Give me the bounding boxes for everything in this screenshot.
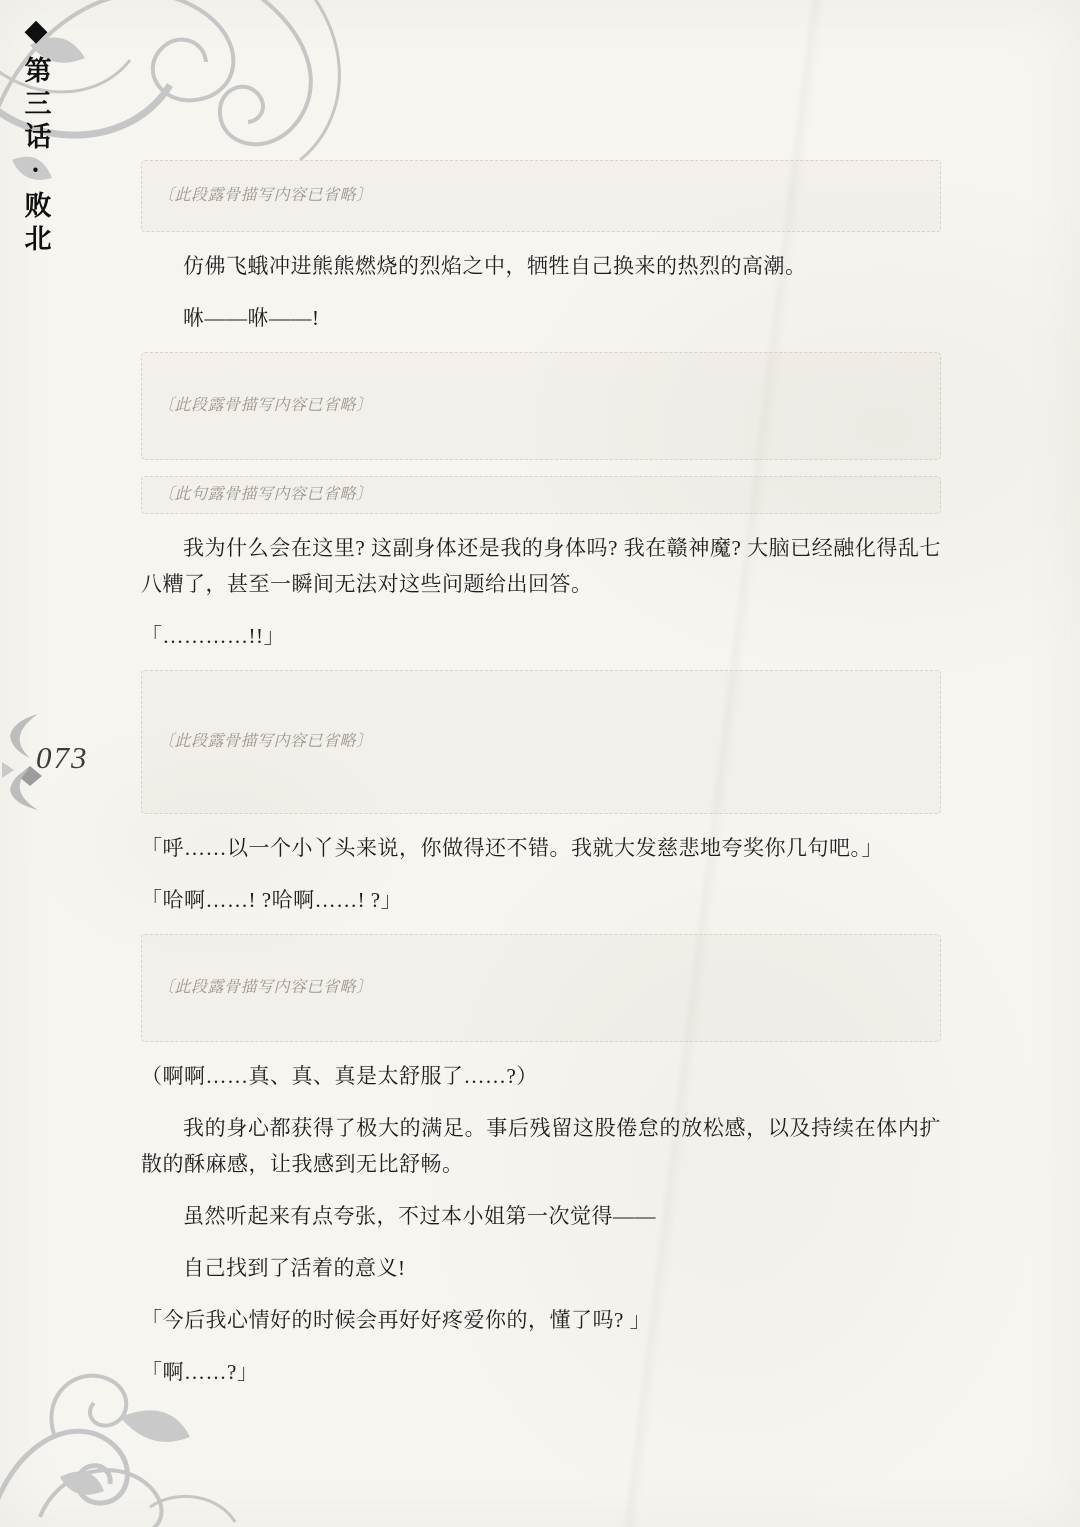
paragraph: 自己找到了活着的意义!	[141, 1250, 941, 1286]
paragraph: 「今后我心情好的时候会再好好疼爱你的，懂了吗? 」	[141, 1302, 941, 1338]
paragraph-redacted: 〔此段露骨描写内容已省略〕	[141, 160, 941, 232]
paragraph-redacted: 〔此段露骨描写内容已省略〕	[141, 352, 941, 460]
paragraph: （啊啊……真、真、真是太舒服了……?）	[141, 1058, 941, 1094]
paragraph: 我的身心都获得了极大的满足。事后残留这股倦怠的放松感，以及持续在体内扩散的酥麻感…	[141, 1110, 941, 1182]
paragraph-redacted: 〔此段露骨描写内容已省略〕	[141, 934, 941, 1042]
paragraph: 仿佛飞蛾冲进熊熊燃烧的烈焰之中，牺牲自己换来的热烈的高潮。	[141, 248, 941, 284]
book-page: ◆ 第三话·败北 073 〔此段露骨描写内容已省略〕仿佛飞蛾冲进熊熊燃烧的烈焰之…	[0, 0, 1080, 1527]
page-number-block: 073	[0, 712, 110, 812]
paragraph-redacted: 〔此段露骨描写内容已省略〕	[141, 670, 941, 814]
paragraph: 「…………!!」	[141, 618, 941, 654]
paragraph: 「哈啊……! ?哈啊……! ?」	[141, 882, 941, 918]
paragraph: 我为什么会在这里? 这副身体还是我的身体吗? 我在赣神魔? 大脑已经融化得乱七八…	[141, 530, 941, 602]
body-text: 〔此段露骨描写内容已省略〕仿佛飞蛾冲进熊熊燃烧的烈焰之中，牺牲自己换来的热烈的高…	[141, 160, 941, 1406]
chapter-sidebar: ◆ 第三话·败北	[16, 16, 56, 257]
paragraph-redacted: 〔此句露骨描写内容已省略〕	[141, 476, 941, 514]
chapter-title: 第三话·败北	[17, 56, 56, 257]
paragraph: 咻——咻——!	[141, 300, 941, 336]
page-number: 073	[36, 740, 89, 776]
diamond-icon: ◆	[24, 16, 47, 46]
paragraph: 虽然听起来有点夸张，不过本小姐第一次觉得——	[141, 1198, 941, 1234]
paragraph: 「呼……以一个小丫头来说，你做得还不错。我就大发慈悲地夸奖你几句吧。」	[141, 830, 941, 866]
paragraph: 「啊……?」	[141, 1354, 941, 1390]
